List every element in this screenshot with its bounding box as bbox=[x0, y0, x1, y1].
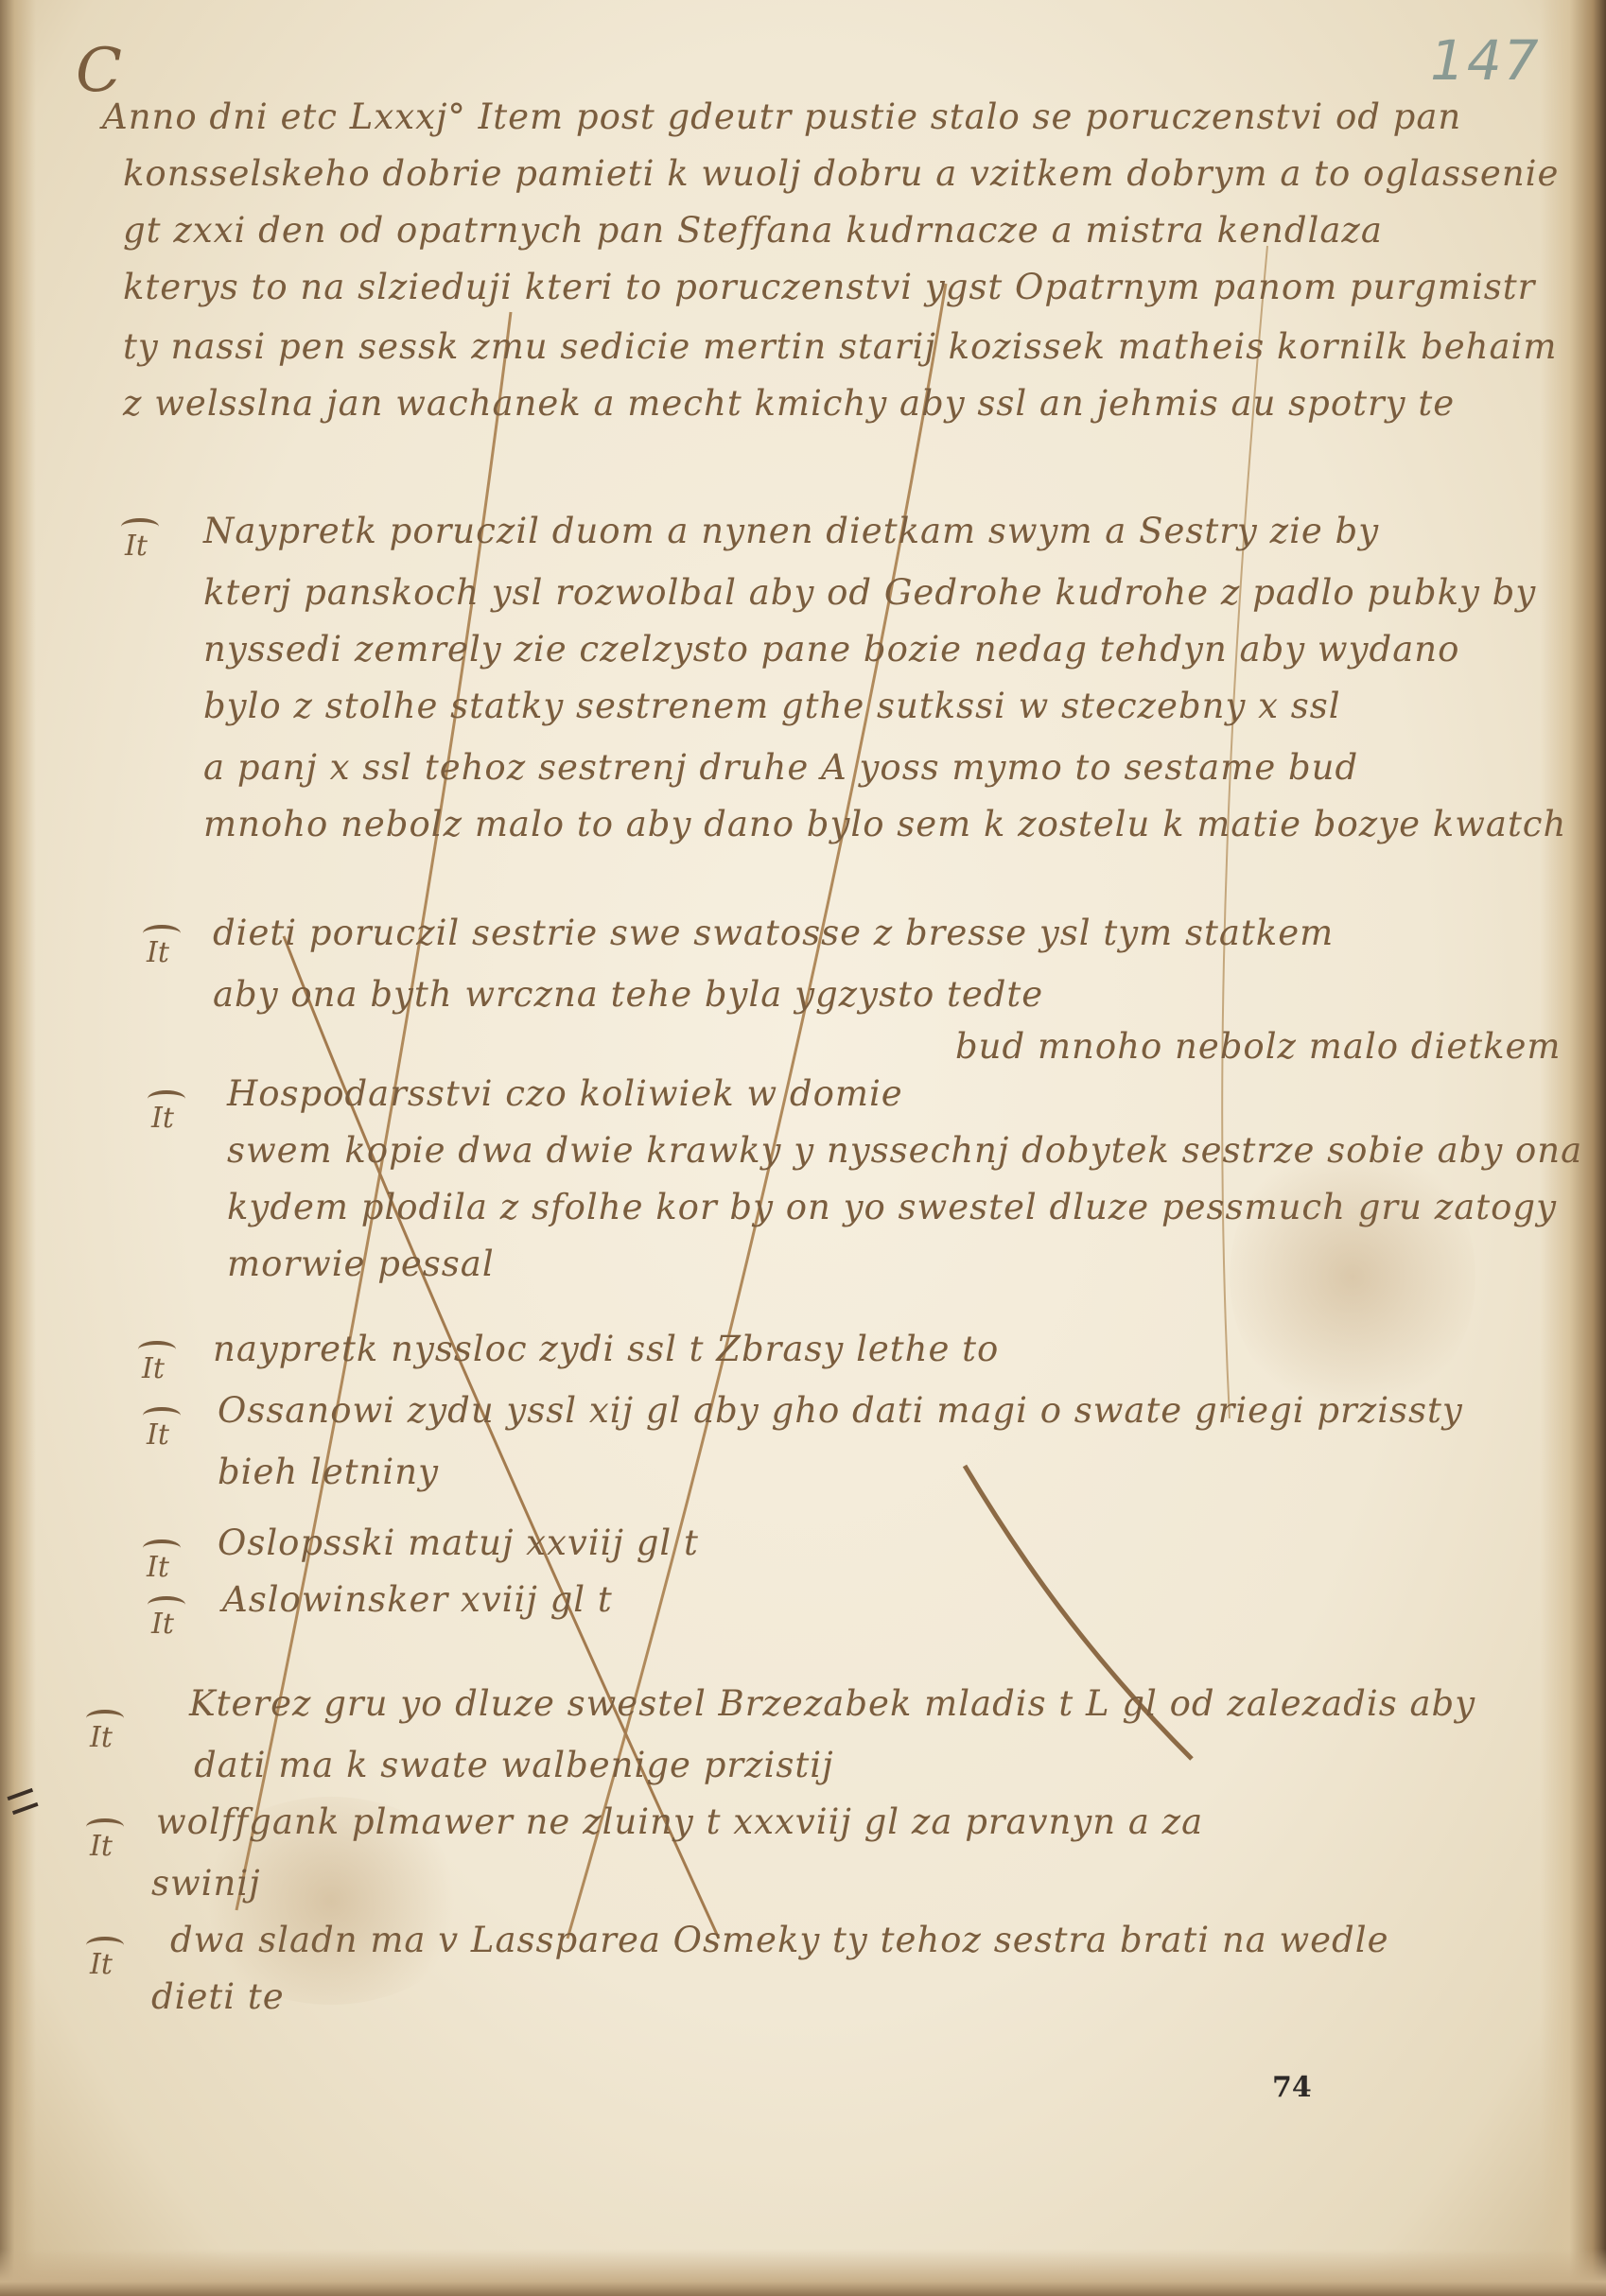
text-line: bud mnoho nebolz malo dietkem bbox=[955, 1026, 1562, 1067]
manuscript-folio: C 147 Anno dni etc Lxxxj° Item post gdeu… bbox=[0, 0, 1606, 2296]
text-line: ty nassi pen sessk zmu sedicie mertin st… bbox=[123, 326, 1557, 367]
text-line: Ossanowi zydu yssl xij gl aby gho dati m… bbox=[218, 1390, 1463, 1431]
text-line: gt zxxi den od opatrnych pan Steffana ku… bbox=[123, 210, 1383, 251]
item-marker: It bbox=[90, 1721, 113, 1754]
text-line: Naypretk poruczil duom a nynen dietkam s… bbox=[203, 511, 1379, 551]
text-line: morwie pessal bbox=[227, 1244, 495, 1284]
text-line: konsselskeho dobrie pamieti k wuolj dobr… bbox=[123, 153, 1559, 194]
text-line: aby ona byth wrczna tehe byla ygzysto te… bbox=[213, 974, 1043, 1015]
item-marker: It bbox=[151, 1608, 174, 1641]
item-marker: It bbox=[147, 1418, 169, 1452]
text-line: nyssedi zemrely zie czelzysto pane bozie… bbox=[203, 629, 1459, 670]
item-marker: It bbox=[90, 1830, 113, 1863]
text-line: Oslopsski matuj xxviij gl t bbox=[218, 1522, 699, 1563]
text-line: z welsslna jan wachanek a mecht kmichy a… bbox=[123, 383, 1455, 424]
text-line: Aslowinsker xviij gl t bbox=[222, 1579, 613, 1620]
paper-stain bbox=[1230, 1135, 1475, 1418]
item-marker: It bbox=[90, 1948, 113, 1981]
text-line: swem kopie dwa dwie krawky y nyssechnj d… bbox=[227, 1130, 1582, 1171]
text-line: dwa sladn ma v Lassparea Osmeky ty tehoz… bbox=[170, 1920, 1388, 1960]
text-line: a panj x ssl tehoz sestrenj druhe A yoss… bbox=[203, 747, 1358, 788]
text-line: kterys to na slzieduji kteri to poruczen… bbox=[123, 267, 1535, 307]
page-edge-bottom bbox=[0, 2249, 1606, 2296]
text-line: bieh letniny bbox=[218, 1452, 439, 1492]
item-marker: It bbox=[147, 1551, 169, 1584]
page-number: 74 bbox=[1272, 2071, 1312, 2104]
text-line: swinij bbox=[151, 1863, 261, 1904]
item-marker: It bbox=[125, 530, 148, 563]
text-line: Anno dni etc Lxxxj° Item post gdeutr pus… bbox=[102, 96, 1461, 137]
text-line: dati ma k swate walbenige przistij bbox=[194, 1745, 834, 1785]
item-marker: It bbox=[142, 1352, 165, 1385]
text-line: wolffgank plmawer ne zluiny t xxxviij gl… bbox=[156, 1801, 1203, 1842]
text-line: bylo z stolhe statky sestrenem gthe sutk… bbox=[203, 686, 1341, 726]
text-line: dieti te bbox=[151, 1976, 285, 2017]
ornamental-initial: C bbox=[76, 36, 122, 106]
item-marker: It bbox=[147, 936, 169, 969]
text-line: Kterez gru yo dluze swestel Brzezabek ml… bbox=[189, 1683, 1475, 1724]
text-line: naypretk nyssloc zydi ssl t Zbrasy lethe… bbox=[213, 1329, 999, 1369]
text-line: Hospodarsstvi czo koliwiek w domie bbox=[227, 1073, 903, 1114]
text-line: dieti poruczil sestrie swe swatosse z br… bbox=[213, 913, 1334, 953]
binding-gutter bbox=[0, 0, 36, 2296]
text-line: kterj panskoch ysl rozwolbal aby od Gedr… bbox=[203, 572, 1536, 613]
text-line: kydem plodila z sfolhe kor by on yo swes… bbox=[227, 1187, 1557, 1227]
folio-number: 147 bbox=[1430, 28, 1541, 93]
item-marker: It bbox=[151, 1102, 174, 1135]
text-line: mnoho nebolz malo to aby dano bylo sem k… bbox=[203, 804, 1566, 844]
